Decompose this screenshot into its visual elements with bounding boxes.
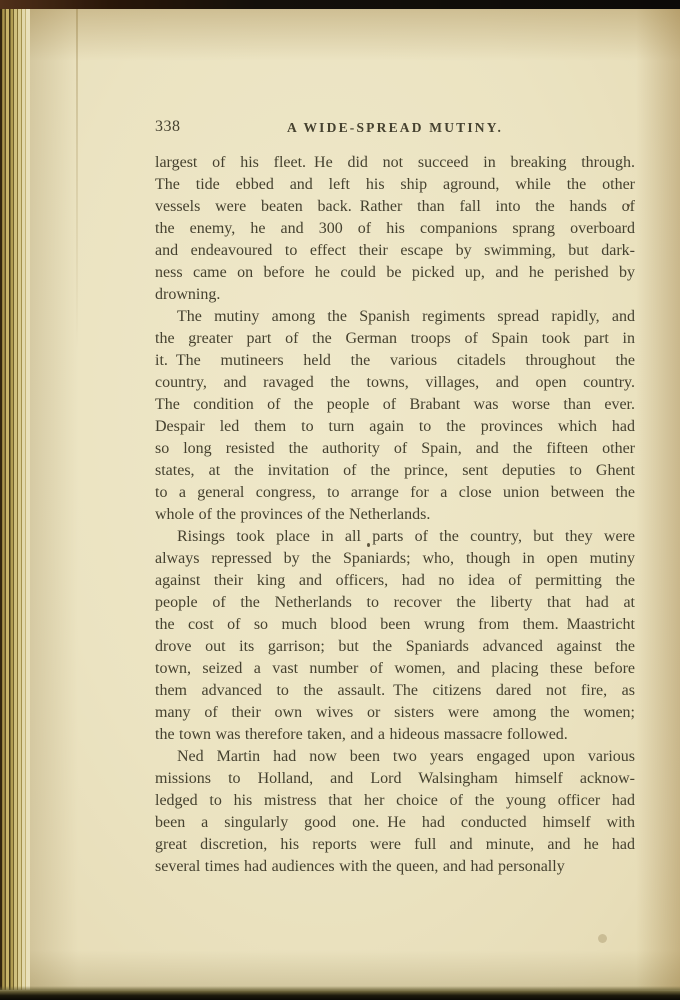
- text-line: The tide ebbed and left his ship aground…: [155, 174, 635, 196]
- text-line: the cost of so much blood been wrung fro…: [155, 614, 635, 636]
- text-line: Ned Martin had now been two years engage…: [155, 746, 635, 768]
- text-line: missions to Holland, and Lord Walsingham…: [155, 768, 635, 790]
- text-line: to a general congress, to arrange for a …: [155, 482, 635, 504]
- scan-speck: [367, 543, 370, 547]
- text-line: Risings took place in all parts of the c…: [155, 526, 635, 548]
- text-line: the enemy, he and 300 of his companions …: [155, 218, 635, 240]
- paragraph: Ned Martin had now been two years engage…: [155, 746, 635, 878]
- text-line: drove out its garrison; but the Spaniard…: [155, 636, 635, 658]
- text-block: largest of his fleet. He did not succeed…: [155, 152, 635, 878]
- text-line: the greater part of the German troops of…: [155, 328, 635, 350]
- text-line: so long resisted the authority of Spain,…: [155, 438, 635, 460]
- scan-speck: [627, 204, 630, 207]
- page-number: 338: [155, 118, 181, 136]
- text-line: states, at the invitation of the prince,…: [155, 460, 635, 482]
- text-line: people of the Netherlands to recover the…: [155, 592, 635, 614]
- underlying-leaf-edge: [76, 9, 78, 349]
- text-line: Despair led them to turn again to the pr…: [155, 416, 635, 438]
- text-line: ledged to his mistress that her choice o…: [155, 790, 635, 812]
- text-line: them advanced to the assault. The citize…: [155, 680, 635, 702]
- text-line: vessels were beaten back. Rather than fa…: [155, 196, 635, 218]
- book-binding-page-edges: [0, 9, 30, 990]
- text-line: been a singularly good one. He had condu…: [155, 812, 635, 834]
- book-top-edge: [0, 0, 680, 9]
- page-header: 338 A WIDE-SPREAD MUTINY.: [155, 118, 635, 137]
- text-line: the town was therefore taken, and a hide…: [155, 724, 635, 746]
- text-line: and endeavoured to effect their escape b…: [155, 240, 635, 262]
- text-line: town, seized a vast number of women, and…: [155, 658, 635, 680]
- paragraph: largest of his fleet. He did not succeed…: [155, 152, 635, 306]
- text-line: always repressed by the Spaniards; who, …: [155, 548, 635, 570]
- text-line: largest of his fleet. He did not succeed…: [155, 152, 635, 174]
- text-line: The condition of the people of Brabant w…: [155, 394, 635, 416]
- scan-speck: [598, 934, 607, 943]
- scanned-book-page: 338 A WIDE-SPREAD MUTINY. largest of his…: [0, 0, 680, 1000]
- running-header: A WIDE-SPREAD MUTINY.: [155, 118, 635, 136]
- text-line: country, and ravaged the towns, villages…: [155, 372, 635, 394]
- paragraph: Risings took place in all parts of the c…: [155, 526, 635, 746]
- book-bottom-edge: [0, 986, 680, 1000]
- text-line: several times had audiences with the que…: [155, 856, 635, 878]
- page-content: 338 A WIDE-SPREAD MUTINY. largest of his…: [155, 118, 635, 878]
- text-line: against their king and officers, had no …: [155, 570, 635, 592]
- paragraph: The mutiny among the Spanish regiments s…: [155, 306, 635, 526]
- text-line: The mutiny among the Spanish regiments s…: [155, 306, 635, 328]
- text-line: great discretion, his reports were full …: [155, 834, 635, 856]
- text-line: many of their own wives or sisters were …: [155, 702, 635, 724]
- text-line: whole of the provinces of the Netherland…: [155, 504, 635, 526]
- text-line: drowning.: [155, 284, 635, 306]
- text-line: ness came on before he could be picked u…: [155, 262, 635, 284]
- text-line: it. The mutineers held the various citad…: [155, 350, 635, 372]
